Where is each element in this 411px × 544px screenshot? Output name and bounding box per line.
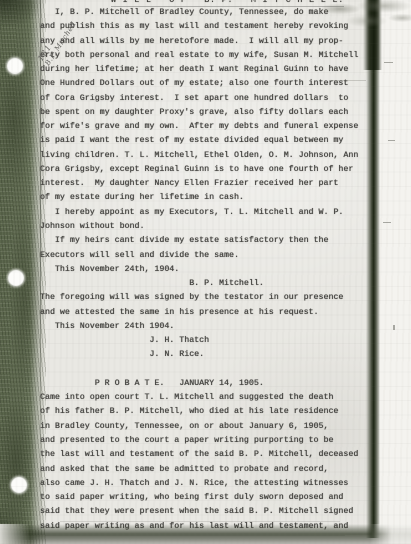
typewritten-line: If my heirs cant divide my estate satisf… (40, 234, 380, 248)
typewritten-line: be spent on my daughter Proxy's grave, a… (40, 106, 380, 120)
typewritten-line: J. H. Thatch (40, 334, 380, 348)
typewritten-line: any and all wills by me heretofore made.… (40, 35, 380, 49)
typewritten-line: is paid I want the rest of my estate div… (40, 134, 380, 148)
typewritten-line: Johnson without bond. (40, 220, 380, 234)
typewritten-line: Executors will sell and divide the same. (40, 249, 380, 263)
typewritten-line: J. N. Rice. (40, 348, 380, 362)
typewritten-line: said that they were present when the sai… (40, 505, 380, 519)
typewritten-line: The foregoing will was signed by the tes… (40, 291, 380, 305)
typewritten-line: and presented to the court a paper writi… (40, 434, 380, 448)
typewritten-line: Cora Grigsby, except Reginal Guinn is to… (40, 163, 380, 177)
typewritten-line: of Cora Grigsby interest. I set apart on… (40, 92, 380, 106)
typewritten-line: This November 24th 1904. (40, 320, 380, 334)
bottom-edge-shadow (0, 524, 411, 544)
top-right-smudge (322, 0, 411, 30)
margin-speck (384, 62, 393, 63)
typewritten-line: in Bradley County, Tennessee, on or abou… (40, 420, 380, 434)
typewritten-line: I hereby appoint as my Executors, T. L. … (40, 206, 380, 220)
right-page-edge-shadow (366, 0, 380, 538)
copy-artifact-dash (60, 521, 340, 522)
typewritten-line: also came J. H. Thatch and J. N. Rice, t… (40, 477, 380, 491)
typewritten-line: for wife's grave and my own. After my de… (40, 120, 380, 134)
typewritten-line: erty both personal and real estate to my… (40, 49, 380, 63)
typewritten-line: to said paper writing, who being first d… (40, 491, 380, 505)
margin-speck (388, 140, 395, 141)
typewritten-line: of his father B. P. Mitchell, who died a… (40, 405, 380, 419)
typewritten-line: the last will and testament of the said … (40, 448, 380, 462)
typewritten-body: I, B. P. Mitchell of Bradley County, Ten… (40, 6, 380, 534)
hole-punch (7, 58, 23, 74)
typewritten-line: One Hundred Dollars out of my estate; al… (40, 77, 380, 91)
hole-punch (11, 477, 27, 493)
right-page-margin (379, 0, 411, 544)
typewritten-line: living children. T. L. Mitchell, Ethel O… (40, 149, 380, 163)
typewritten-line: and we attested the same in his presence… (40, 306, 380, 320)
typewritten-line: Came into open court T. L. Mitchell and … (40, 391, 380, 405)
scanned-document-page: 131 B.P. Mitchell W I L L O F B. P. M I … (0, 0, 411, 544)
typewritten-line: This November 24th, 1904. (40, 263, 380, 277)
typewritten-line: interest. My daughter Nancy Ellen Frazie… (40, 177, 380, 191)
hole-punch (8, 270, 24, 286)
typewritten-line (40, 363, 380, 377)
typewritten-line: of my estate during her lifetime in cash… (40, 191, 380, 205)
typewritten-line: B. P. Mitchell. (40, 277, 380, 291)
typewritten-line: during her lifetime; at her death I want… (40, 63, 380, 77)
typewritten-line: P R O B A T E. JANUARY 14, 1905. (40, 377, 380, 391)
copy-artifact-dash (330, 80, 366, 81)
margin-speck (393, 325, 395, 330)
typewritten-line: and asked that the same be admitted to p… (40, 463, 380, 477)
margin-speck (383, 222, 391, 223)
